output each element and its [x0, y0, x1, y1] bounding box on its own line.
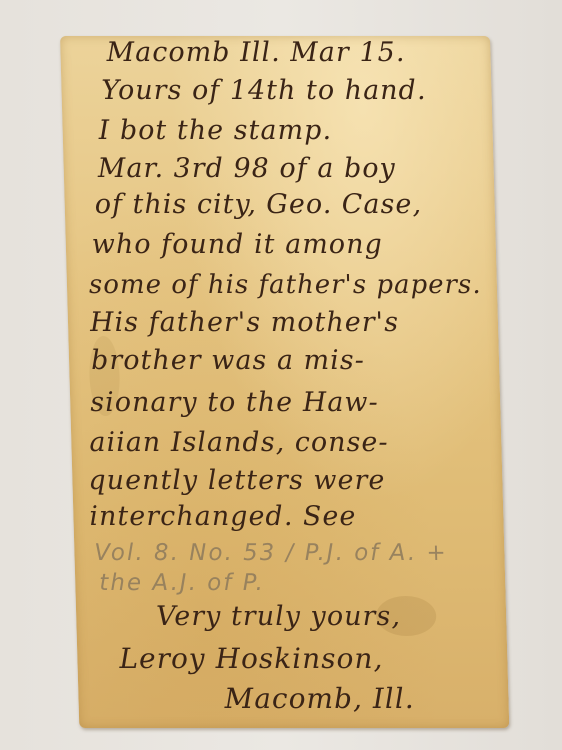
postcard: Macomb Ill. Mar 15. Yours of 14th to han…: [60, 36, 509, 728]
closing-signature: Leroy Hoskinson,: [119, 644, 384, 674]
pencil-annotation-line: Vol. 8. No. 53 / P.J. of A. +: [94, 538, 448, 568]
body-line: who found it among: [91, 230, 383, 260]
body-line: sionary to the Haw-: [90, 388, 379, 418]
body-line: brother was a mis-: [91, 346, 366, 376]
body-line: quently letters were: [88, 466, 386, 496]
closing-location: Macomb, Ill.: [224, 684, 415, 714]
body-line: of this city, Geo. Case,: [94, 190, 422, 220]
pencil-annotation-line: the A.J. of P.: [99, 568, 265, 598]
header-place-date: Macomb Ill. Mar 15.: [106, 38, 406, 68]
body-line: some of his father's papers.: [89, 270, 482, 300]
closing-valediction: Very truly yours,: [156, 602, 401, 632]
body-line: interchanged. See: [89, 502, 357, 532]
body-line: I bot the stamp.: [98, 116, 332, 146]
body-line: His father's mother's: [90, 308, 400, 338]
body-line: Yours of 14th to hand.: [101, 76, 427, 106]
body-line: aiian Islands, conse-: [89, 428, 389, 458]
body-line: Mar. 3rd 98 of a boy: [97, 154, 396, 184]
